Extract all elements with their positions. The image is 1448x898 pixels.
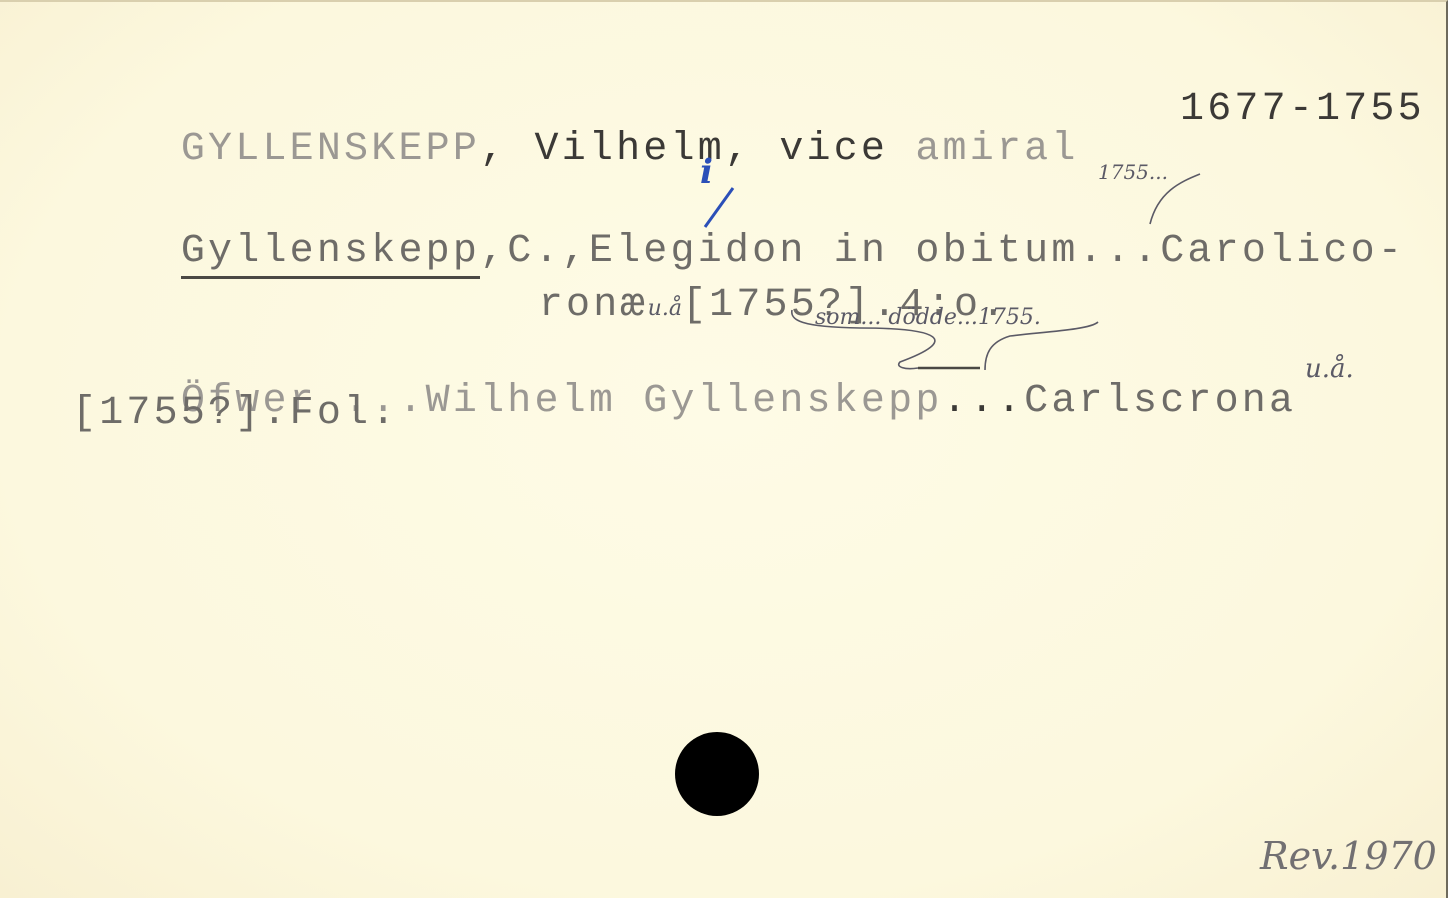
entry1-place-end: ronæ (539, 283, 648, 328)
entry2-pencil-note: som... dödde...1755. (815, 305, 1041, 330)
entry2-line2: [1755?].Fol. (72, 394, 398, 434)
revision-note: Rev.1970 (1260, 834, 1437, 878)
heading-years: 1677-1755 (1180, 90, 1425, 130)
entry1-place: Carolico- (1160, 229, 1405, 274)
entry1-no-place-note: u.å (648, 296, 682, 321)
punch-hole (675, 732, 759, 816)
entry2-place: Carlscrona (1024, 379, 1296, 424)
entry2-no-date-note: u.å. (1305, 354, 1354, 384)
heading-title: amiral (888, 127, 1078, 172)
entry1-pencil-note: 1755... (1098, 160, 1168, 184)
catalog-card: GYLLENSKEPP, Vilhelm, vice amiral 1677-1… (0, 0, 1448, 898)
entry2-ellipsis: ... (943, 379, 1025, 424)
heading-surname: GYLLENSKEPP (181, 127, 480, 172)
entry1-blue-correction: i (700, 152, 713, 192)
heading-given-name: , Vilhelm, vice (480, 127, 888, 172)
